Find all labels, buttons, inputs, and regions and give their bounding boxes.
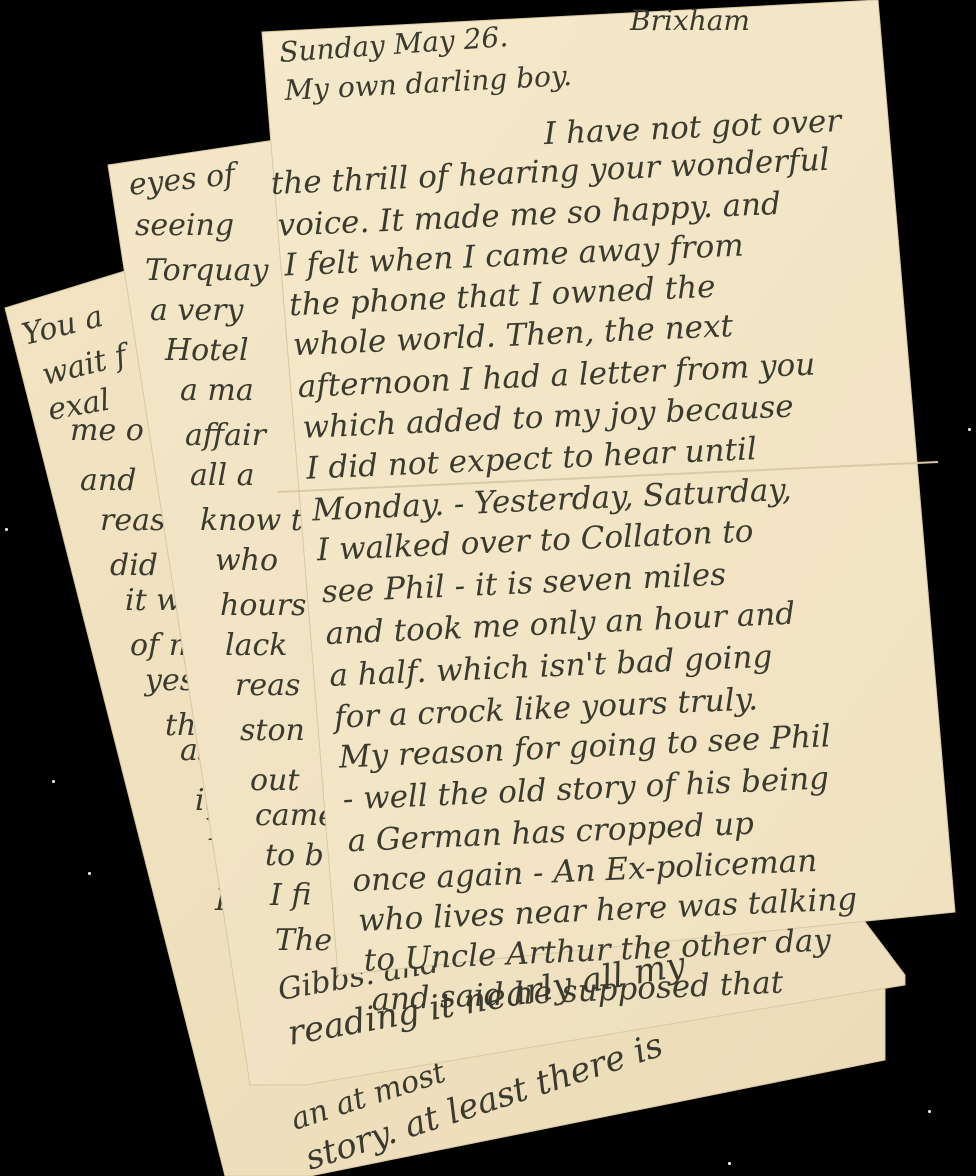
middle-line: The — [275, 923, 332, 958]
middle-line: Hotel — [164, 333, 249, 368]
letter-sheets: You a wait f exal me o and reaso did it … — [0, 0, 976, 1176]
dust-speck — [52, 780, 55, 783]
dust-speck — [88, 872, 91, 875]
middle-line: seeing — [135, 208, 234, 243]
middle-line: a very — [150, 293, 244, 328]
middle-line: lack — [225, 628, 287, 663]
back-line: did — [110, 548, 158, 583]
back-line: me o — [70, 413, 144, 448]
middle-line: to b — [265, 838, 324, 873]
middle-line: hours — [220, 588, 306, 623]
back-line: and — [80, 463, 136, 498]
letters-photo: You a wait f exal me o and reaso did it … — [0, 0, 976, 1176]
dust-speck — [928, 1110, 931, 1113]
dust-speck — [728, 1162, 731, 1165]
front-sheet: Brixham Sunday May 26. My own darling bo… — [262, 0, 955, 1021]
middle-line: who — [215, 543, 278, 578]
middle-line: out — [250, 763, 300, 798]
middle-line: reas — [235, 668, 300, 703]
middle-line: affair — [185, 418, 268, 453]
dust-speck — [968, 428, 971, 431]
middle-line: ston — [240, 713, 305, 748]
dust-speck — [5, 528, 8, 531]
middle-line: all a — [190, 458, 255, 493]
middle-line: a ma — [180, 373, 254, 408]
place-heading: Brixham — [629, 4, 750, 37]
middle-line: I fi — [269, 878, 311, 913]
middle-line: Torquay — [145, 253, 269, 288]
